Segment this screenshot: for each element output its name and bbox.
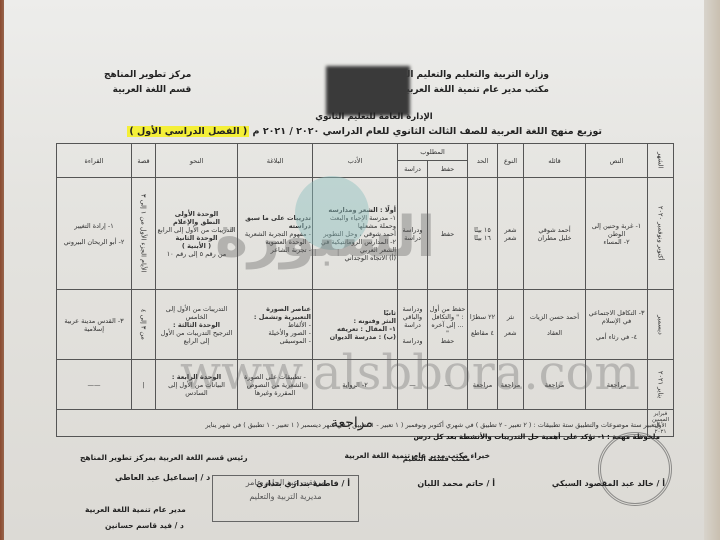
cell-rhetoric: عناصر الصورة التعبيرية وتشمل : - الألفاظ… (238, 290, 313, 360)
gm-name: د / فيد قاسم حسانين (105, 521, 184, 530)
cell-type: نثرشعر (498, 290, 524, 360)
experts-title: خبراء مكتب مدير عام تنمية اللغة العربية (344, 451, 490, 460)
cell-grammar: التدريبات من الأول إلى الخامس الوحدة الث… (156, 290, 238, 360)
cell-month: يناير ٢٠٢١ (648, 360, 674, 410)
col-study: دراسة (398, 161, 428, 178)
cell-month: أكتوبر ونوفمبر ٢٠٢٠ (648, 178, 674, 290)
composition-note: التعبير ستة موضوعات والتطبيق ستة تطبيقات… (40, 419, 660, 431)
col-text: النص (586, 144, 648, 178)
col-rhetoric: البلاغة (238, 144, 313, 178)
grammar-item: التدريبات من الأول إلى الرابع (157, 226, 236, 234)
col-literature: الأدب (313, 144, 398, 178)
type-item: شعر (499, 329, 522, 337)
grammar-item: الترجيح التدريبات من الأول إلى الرابع (157, 329, 236, 345)
curriculum-center-header: مركز تطوير المناهج قسم اللغة العربية (104, 68, 191, 98)
cell-amount: مراجعة (468, 360, 498, 410)
table-row: ديسمبر ٣- التكافل الاجتماعي في الإسلام٤-… (57, 290, 674, 360)
study-item: ودراسة (399, 337, 426, 345)
cell-story: من ٣ إلى ٤ (132, 290, 156, 360)
grammar-item: التدريبات من الأول إلى الخامس (157, 305, 236, 321)
rhetoric-item: عناصر الصورة التعبيرية وتشمل : (239, 305, 311, 321)
literature-item: النثر وفنونه : (314, 317, 396, 325)
col-grammar: النحو (156, 144, 238, 178)
notes-section: التعبير ستة موضوعات والتطبيق ستة تطبيقات… (40, 419, 660, 443)
cell-type: مراجعة (498, 360, 524, 410)
cell-poet: أحمد حسن الزياتالعقاد (524, 290, 586, 360)
head-title: رئيس قسم اللغة العربية بمركز تطوير المنا… (80, 453, 248, 462)
signatures-section: مكتب قسمة التعليم خبراء مكتب مدير عام تن… (20, 455, 680, 540)
cell-poet: مراجعة (524, 360, 586, 410)
amount-item: ١٥ بيتًا (469, 226, 496, 234)
text-item: ٣- التكافل الاجتماعي في الإسلام (587, 309, 646, 325)
amount-item: ٤ مقاطع (469, 329, 496, 337)
expert-1: أ / خالد عبد المقصود السبكي (552, 479, 665, 488)
grammar-item: الوحدة الثانية (157, 234, 236, 242)
cell-month: ديسمبر (648, 290, 674, 360)
table-row: أكتوبر ونوفمبر ٢٠٢٠ ١- غربة وحنين إلى ال… (57, 178, 674, 290)
cell-literature: ٢- الرواية (313, 360, 398, 410)
head-name: د / إسماعيل عبد العاطي (115, 473, 210, 482)
study-item: دراسة (399, 234, 426, 242)
rhetoric-item: - تجربة الشاعر (239, 246, 311, 254)
ministry-logo (326, 66, 410, 116)
gm-title: مدير عام تنمية اللغة العربية (85, 505, 186, 514)
literature-item: (ب) : مدرسة الديوان (314, 333, 396, 341)
cell-grammar: الوحدة الأولى النطق والإعلام التدريبات م… (156, 178, 238, 290)
title-text: توزيع منهج اللغة العربية للصف الثالث الث… (253, 126, 602, 137)
col-poet: قائله (524, 144, 586, 178)
cell-study: ودراسةدراسة (398, 178, 428, 290)
cell-story: | (132, 360, 156, 410)
document-title: توزيع منهج اللغة العربية للصف الثالث الث… (127, 126, 602, 137)
grammar-item: الوحدة الرابعة : (157, 373, 236, 381)
literature-item: (أ) الاتجاه الوجداني (314, 254, 396, 262)
rhetoric-item: - الصور والأخيلة (239, 329, 311, 337)
cell-amount: ١٥ بيتًا١٦ بيتًا (468, 178, 498, 290)
cell-reading: —— (57, 360, 132, 410)
center-name: مركز تطوير المناهج (104, 68, 191, 83)
col-story: قصة (132, 144, 156, 178)
type-item: نثر (499, 313, 522, 321)
poet-item: خليل مطران (525, 234, 584, 242)
cell-study: — (398, 360, 428, 410)
table-row: يناير ٢٠٢١ مراجعة مراجعة مراجعة مراجعة —… (57, 360, 674, 410)
study-item: ودراسة والباقي دراسة (399, 305, 426, 329)
office-name: مكتب مدير عام تنمية اللغة العربية (388, 83, 549, 98)
section-name: قسم اللغة العربية (104, 83, 191, 98)
text-item: ٤- في رثاء أمي (587, 333, 646, 341)
poet-item: العقاد (525, 329, 584, 337)
grammar-item: من رقم ٥ إلى رقم ١٠ (157, 250, 236, 258)
type-item: شعر (499, 234, 522, 242)
semester-highlight: ( الفصل الدراسي الأول ) (127, 126, 249, 137)
grammar-item: البيانات من الأول إلى السادس (157, 381, 236, 397)
cell-memorize: حفظ من أول : " والتكافل ... إلى آخره "حف… (428, 290, 468, 360)
rhetoric-item: - الألفاظ (239, 321, 311, 329)
col-month: الشهر (648, 144, 674, 178)
cell-grammar: الوحدة الرابعة : البيانات من الأول إلى ا… (156, 360, 238, 410)
cell-reading: ٣- القدس مدينة عربية إسلامية (57, 290, 132, 360)
reading-item: ٢- أبو الريحان البيروني (58, 238, 130, 246)
cell-text: ٣- التكافل الاجتماعي في الإسلام٤- في رثا… (586, 290, 648, 360)
study-item: ودراسة (399, 226, 426, 234)
reading-item: ١- إرادة التغيير (58, 222, 130, 230)
ministry-name: وزارة التربية والتعليم والتعليم الفني (388, 68, 549, 83)
department-title: الإدارة العامة للتعليم الثانوي (304, 112, 444, 122)
poet-item: أحمد شوقي (525, 226, 584, 234)
col-required: المطلوب (398, 144, 468, 161)
grammar-item: النطق والإعلام (157, 218, 236, 226)
expert-3: أ / فاطمة بنداري بنداري (256, 479, 350, 488)
rhetoric-item: - الموسيقى (239, 337, 311, 345)
col-memorize: حفظ (428, 161, 468, 178)
type-item: شعر (499, 226, 522, 234)
table-header-row: الشهر النص قائله النوع الحد المطلوب الأد… (57, 144, 674, 161)
memorize-item: حفظ من أول : " والتكافل ... إلى آخره " (429, 305, 466, 337)
important-note-text: ١- نؤكد على أهمية حل التدريبات والأنشطة … (413, 433, 604, 441)
col-reading: القراءة (57, 144, 132, 178)
cell-poet: أحمد شوقيخليل مطران (524, 178, 586, 290)
grammar-item: الوحدة الأولى (157, 210, 236, 218)
literature-item: ثانيًا (314, 309, 396, 317)
col-amount: الحد (468, 144, 498, 178)
ministry-header: وزارة التربية والتعليم والتعليم الفني مك… (388, 68, 549, 98)
cell-text: ١- غربة وحنين إلى الوطن٢- المساء (586, 178, 648, 290)
expert-2: أ / حاتم محمد اللبان (417, 479, 495, 488)
grammar-item: ( الأبنية ) (157, 242, 236, 250)
memorize-item: حفظ (429, 337, 466, 345)
col-type: النوع (498, 144, 524, 178)
cell-reading: ١- إرادة التغيير٢- أبو الريحان البيروني (57, 178, 132, 290)
literature-item: ١- المقال : تعريفه (314, 325, 396, 333)
poet-item: أحمد حسن الزيات (525, 313, 584, 321)
cell-text: مراجعة (586, 360, 648, 410)
seal-overlay (295, 176, 369, 250)
cell-study: ودراسة والباقي دراسةودراسة (398, 290, 428, 360)
cell-rhetoric: - تطبيقات على الصورة الشعرية من النصوص ا… (238, 360, 313, 410)
curriculum-table: الشهر النص قائله النوع الحد المطلوب الأد… (56, 143, 674, 437)
grammar-item: الوحدة الثالثة : (157, 321, 236, 329)
cell-story: الأيام الجزء الأول من ١ إلى ٣ (132, 178, 156, 290)
rhetoric-item: - الوحدة العضوية (239, 238, 311, 246)
cell-memorize: — (428, 360, 468, 410)
text-item: ٢- المساء (587, 238, 646, 246)
cell-amount: ٢٢ سطرًا٤ مقاطع (468, 290, 498, 360)
text-item: ١- غربة وحنين إلى الوطن (587, 222, 646, 238)
cell-memorize: حفظ (428, 178, 468, 290)
cell-type: شعرشعر (498, 178, 524, 290)
cell-literature: ثانيًا النثر وفنونه : ١- المقال : تعريفه… (313, 290, 398, 360)
amount-item: ١٦ بيتًا (469, 234, 496, 242)
page-edge-right (704, 0, 720, 540)
amount-item: ٢٢ سطرًا (469, 313, 496, 321)
